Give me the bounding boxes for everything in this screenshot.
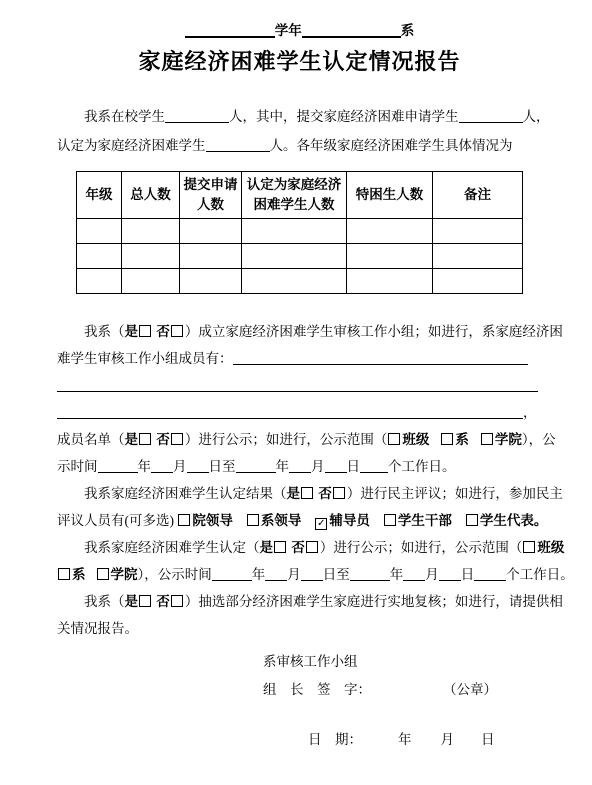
bold-text-segment: 系领导 bbox=[261, 513, 302, 528]
fill-in-blank[interactable] bbox=[151, 459, 173, 473]
checkbox[interactable] bbox=[171, 325, 183, 337]
table-header-cell: 年级 bbox=[77, 172, 122, 219]
checkbox[interactable] bbox=[247, 514, 259, 526]
text-segment: 个工作日。 bbox=[388, 459, 456, 474]
review-line-1: 我系家庭经济困难学生认定结果（是 否）进行民主评议；如进行，参加民主 bbox=[57, 480, 542, 507]
publicity-line-1: 成员名单（是 否）进行公示；如进行，公示范围（班级系学院），公 bbox=[57, 426, 542, 453]
bold-text-segment: 学院 bbox=[495, 432, 522, 447]
fill-in-blank[interactable] bbox=[474, 567, 506, 581]
table-header-cell: 认定为家庭经济困难学生人数 bbox=[242, 172, 347, 219]
table-cell[interactable] bbox=[122, 219, 180, 244]
spacer bbox=[371, 693, 443, 694]
fill-in-blank[interactable] bbox=[350, 567, 390, 581]
bold-text-segment: 否 bbox=[153, 324, 170, 339]
text-segment: 成员名单（ bbox=[57, 432, 125, 447]
table-header-cell: 备注 bbox=[433, 172, 523, 219]
checkbox[interactable] bbox=[384, 514, 396, 526]
text-segment: 认定为家庭经济困难学生 bbox=[57, 138, 206, 153]
fill-in-blank[interactable] bbox=[301, 567, 323, 581]
fill-in-blank[interactable] bbox=[57, 405, 523, 419]
fill-in-blank[interactable] bbox=[212, 567, 252, 581]
fill-in-blank[interactable] bbox=[265, 567, 287, 581]
table-cell[interactable] bbox=[347, 219, 433, 244]
bold-text-segment: 学生干部 bbox=[398, 513, 452, 528]
text-segment: 人，其中，提交家庭经济困难申请学生 bbox=[229, 109, 459, 124]
checkbox[interactable] bbox=[171, 595, 183, 607]
bold-text-segment: 否 bbox=[153, 432, 170, 447]
table-cell[interactable] bbox=[242, 219, 347, 244]
spacer bbox=[469, 443, 480, 444]
table-cell[interactable] bbox=[77, 219, 122, 244]
checkbox[interactable] bbox=[58, 568, 70, 580]
text-segment: ），公示时间 bbox=[138, 567, 212, 582]
spacer bbox=[454, 743, 481, 744]
bold-text-segment: 是 bbox=[125, 324, 139, 339]
workgroup-line-1: 我系（是 否）成立家庭经济困难学生审核工作小组；如进行，系家庭经济困 bbox=[57, 318, 542, 345]
text-segment: 系审核工作小组 bbox=[263, 654, 358, 669]
title-line-academic-year: 学年系 bbox=[57, 16, 542, 46]
text-segment: ），公 bbox=[522, 432, 556, 447]
checkbox[interactable] bbox=[139, 595, 151, 607]
bold-text-segment: 否 bbox=[153, 594, 170, 609]
text-segment: 月 bbox=[287, 567, 301, 582]
fill-in-blank[interactable] bbox=[459, 109, 523, 123]
document-page: 学年系 家庭经济困难学生认定情况报告 我系在校学生人，其中，提交家庭经济困难申请… bbox=[0, 0, 592, 785]
bold-text-segment: 否 bbox=[315, 486, 332, 501]
intro-paragraph: 我系在校学生人，其中，提交家庭经济困难申请学生人，认定为家庭经济困难学生人。各年… bbox=[57, 102, 542, 160]
table-cell[interactable] bbox=[433, 244, 523, 269]
checkbox[interactable] bbox=[466, 514, 478, 526]
checkbox[interactable] bbox=[171, 433, 183, 445]
checkbox[interactable] bbox=[388, 433, 400, 445]
fill-in-blank[interactable] bbox=[185, 16, 275, 38]
fill-in-blank[interactable] bbox=[403, 567, 425, 581]
intro-line-1: 我系在校学生人，其中，提交家庭经济困难申请学生人， bbox=[57, 102, 542, 131]
text-segment: ， bbox=[523, 405, 537, 420]
text-segment: ）进行公示；如进行，公示范围（ bbox=[320, 540, 523, 555]
text-segment: 难学生审核工作小组成员有： bbox=[57, 351, 233, 366]
members-blank-line-1 bbox=[57, 372, 542, 399]
text-segment: 我系在校学生 bbox=[84, 109, 165, 124]
checkbox[interactable] bbox=[306, 541, 318, 553]
result-publicity-line-2: 系学院），公示时间年月日至年月日个工作日。 bbox=[57, 561, 542, 588]
text-segment: 年 bbox=[390, 567, 404, 582]
fill-in-blank[interactable] bbox=[302, 16, 401, 38]
text-segment: 关情况报告。 bbox=[57, 621, 138, 636]
table-cell[interactable] bbox=[122, 244, 180, 269]
bold-text-segment: 系 bbox=[72, 567, 86, 582]
table-cell[interactable] bbox=[122, 269, 180, 294]
text-segment: 月 bbox=[441, 732, 455, 747]
checkbox[interactable] bbox=[139, 433, 151, 445]
table-cell[interactable] bbox=[180, 269, 242, 294]
text-segment: 个工作日。 bbox=[506, 567, 574, 582]
field-check-line-2: 关情况报告。 bbox=[57, 615, 542, 642]
bold-text-segment: 是 bbox=[260, 540, 274, 555]
text-segment: 月 bbox=[311, 459, 325, 474]
text-segment: 人， bbox=[523, 109, 550, 124]
table-row bbox=[77, 219, 523, 244]
text-segment: 日至 bbox=[323, 567, 350, 582]
table-header-row: 年级总人数提交申请人数认定为家庭经济困难学生人数特困生人数备注 bbox=[77, 172, 523, 219]
table-cell[interactable] bbox=[77, 244, 122, 269]
text-segment: 日 bbox=[481, 732, 495, 747]
table-cell[interactable] bbox=[180, 219, 242, 244]
intro-line-2: 认定为家庭经济困难学生人。各年级家庭经济困难学生具体情况为 bbox=[57, 131, 542, 160]
bold-text-segment: 班级 bbox=[402, 432, 429, 447]
checkbox[interactable] bbox=[274, 541, 286, 553]
checkbox[interactable] bbox=[301, 487, 313, 499]
text-segment: 年 bbox=[398, 732, 412, 747]
fill-in-blank[interactable] bbox=[236, 459, 276, 473]
checkbox[interactable] bbox=[333, 487, 345, 499]
text-segment: 月 bbox=[425, 567, 439, 582]
leader-signature-line: 组 长 签 字：（公章） bbox=[263, 676, 542, 704]
spacer bbox=[301, 524, 314, 525]
table-header-cell: 提交申请人数 bbox=[180, 172, 242, 219]
table-cell[interactable] bbox=[433, 269, 523, 294]
checkbox[interactable] bbox=[178, 514, 190, 526]
text-segment: 人。各年级家庭经济困难学生具体情况为 bbox=[270, 138, 513, 153]
body-paragraphs: 我系（是 否）成立家庭经济困难学生审核工作小组；如进行，系家庭经济困难学生审核工… bbox=[57, 318, 542, 642]
table-cell[interactable] bbox=[433, 219, 523, 244]
text-segment: 组 长 签 字： bbox=[263, 682, 371, 697]
table-header-cell: 特困生人数 bbox=[347, 172, 433, 219]
table-cell[interactable] bbox=[242, 244, 347, 269]
fill-in-blank[interactable] bbox=[360, 459, 388, 473]
checkbox[interactable] bbox=[139, 325, 151, 337]
text-segment: 年 bbox=[252, 567, 266, 582]
bold-text-segment: 系 bbox=[455, 432, 469, 447]
spacer bbox=[452, 524, 465, 525]
fill-in-blank[interactable] bbox=[233, 351, 528, 365]
bold-text-segment: 辅导员 bbox=[329, 513, 370, 528]
spacer bbox=[429, 443, 440, 444]
text-segment: 示时间 bbox=[57, 459, 98, 474]
text-segment: ）进行公示；如进行，公示范围（ bbox=[185, 432, 388, 447]
bold-text-segment: 院领导 bbox=[192, 513, 233, 528]
bold-text-segment: 学年 bbox=[275, 23, 302, 38]
text-segment: 日至 bbox=[209, 459, 236, 474]
table-row bbox=[77, 244, 523, 269]
spacer bbox=[362, 743, 398, 744]
text-segment: 年 bbox=[138, 459, 152, 474]
spacer bbox=[370, 524, 383, 525]
members-blank-line-2: ， bbox=[57, 399, 542, 426]
table-header-cell: 总人数 bbox=[122, 172, 180, 219]
workgroup-line-2: 难学生审核工作小组成员有： bbox=[57, 345, 542, 372]
bold-text-segment: 是 bbox=[125, 594, 139, 609]
bold-text-segment: 学生代表。 bbox=[480, 513, 548, 528]
fill-in-blank[interactable] bbox=[289, 459, 311, 473]
spacer bbox=[86, 578, 96, 579]
text-segment: 日 bbox=[347, 459, 361, 474]
text-segment: 评议人员有(可多选) bbox=[57, 513, 177, 528]
checkbox[interactable] bbox=[523, 541, 535, 553]
fill-in-blank[interactable] bbox=[98, 459, 138, 473]
signature-block: 系审核工作小组组 长 签 字：（公章）日 期：年月日 bbox=[57, 648, 542, 754]
statistics-table: 年级总人数提交申请人数认定为家庭经济困难学生人数特困生人数备注 bbox=[76, 171, 523, 294]
text-segment: 年 bbox=[276, 459, 290, 474]
bold-text-segment: 班级 bbox=[537, 540, 564, 555]
text-segment: 日 期： bbox=[308, 732, 362, 747]
spacer bbox=[233, 524, 246, 525]
result-publicity-line-1: 我系家庭经济困难学生认定（是 否）进行公示；如进行，公示范围（班级 bbox=[57, 534, 542, 561]
signature-group-title: 系审核工作小组 bbox=[263, 648, 542, 676]
text-segment: ）成立家庭经济困难学生审核工作小组；如进行，系家庭经济困 bbox=[185, 324, 563, 339]
review-line-2: 评议人员有(可多选) 院领导系领导✓辅导员学生干部学生代表。 bbox=[57, 507, 542, 534]
bold-text-segment: 是 bbox=[125, 432, 139, 447]
fill-in-blank[interactable] bbox=[206, 138, 270, 152]
bold-text-segment: 学院 bbox=[111, 567, 138, 582]
title-line-academic-year-content: 学年系 bbox=[57, 16, 542, 43]
text-segment: 我系（ bbox=[84, 324, 125, 339]
table-cell[interactable] bbox=[347, 244, 433, 269]
fill-in-blank[interactable] bbox=[439, 567, 461, 581]
bold-text-segment: 否 bbox=[288, 540, 305, 555]
table-body: 年级总人数提交申请人数认定为家庭经济困难学生人数特困生人数备注 bbox=[77, 172, 523, 294]
field-check-line-1: 我系（是 否）抽选部分经济困难学生家庭进行实地复核；如进行，请提供相 bbox=[57, 588, 542, 615]
text-segment: 我系家庭经济困难学生认定（ bbox=[84, 540, 260, 555]
text-segment: ）抽选部分经济困难学生家庭进行实地复核；如进行，请提供相 bbox=[185, 594, 563, 609]
bold-text-segment: 系 bbox=[401, 23, 415, 38]
text-segment: 我系家庭经济困难学生认定结果（ bbox=[84, 486, 287, 501]
text-segment: ）进行民主评议；如进行，参加民主 bbox=[347, 486, 563, 501]
page-title: 家庭经济困难学生认定情况报告 bbox=[57, 46, 542, 78]
checkbox[interactable] bbox=[97, 568, 109, 580]
table-cell[interactable] bbox=[242, 269, 347, 294]
fill-in-blank[interactable] bbox=[57, 378, 538, 392]
checkbox[interactable] bbox=[441, 433, 453, 445]
text-segment: 我系（ bbox=[84, 594, 125, 609]
bold-text-segment: 是 bbox=[287, 486, 301, 501]
table-cell[interactable] bbox=[180, 244, 242, 269]
text-segment: （公章） bbox=[443, 682, 497, 697]
text-segment: 月 bbox=[173, 459, 187, 474]
table-row bbox=[77, 269, 523, 294]
table-cell[interactable] bbox=[77, 269, 122, 294]
date-line: 日 期：年月日 bbox=[308, 726, 542, 754]
checked-checkbox[interactable]: ✓ bbox=[315, 518, 327, 530]
fill-in-blank[interactable] bbox=[325, 459, 347, 473]
spacer bbox=[412, 743, 441, 744]
checkbox[interactable] bbox=[481, 433, 493, 445]
fill-in-blank[interactable] bbox=[187, 459, 209, 473]
publicity-line-2: 示时间年月日至年月日个工作日。 bbox=[57, 453, 542, 480]
table-cell[interactable] bbox=[347, 269, 433, 294]
fill-in-blank[interactable] bbox=[165, 109, 229, 123]
text-segment: 日 bbox=[461, 567, 475, 582]
